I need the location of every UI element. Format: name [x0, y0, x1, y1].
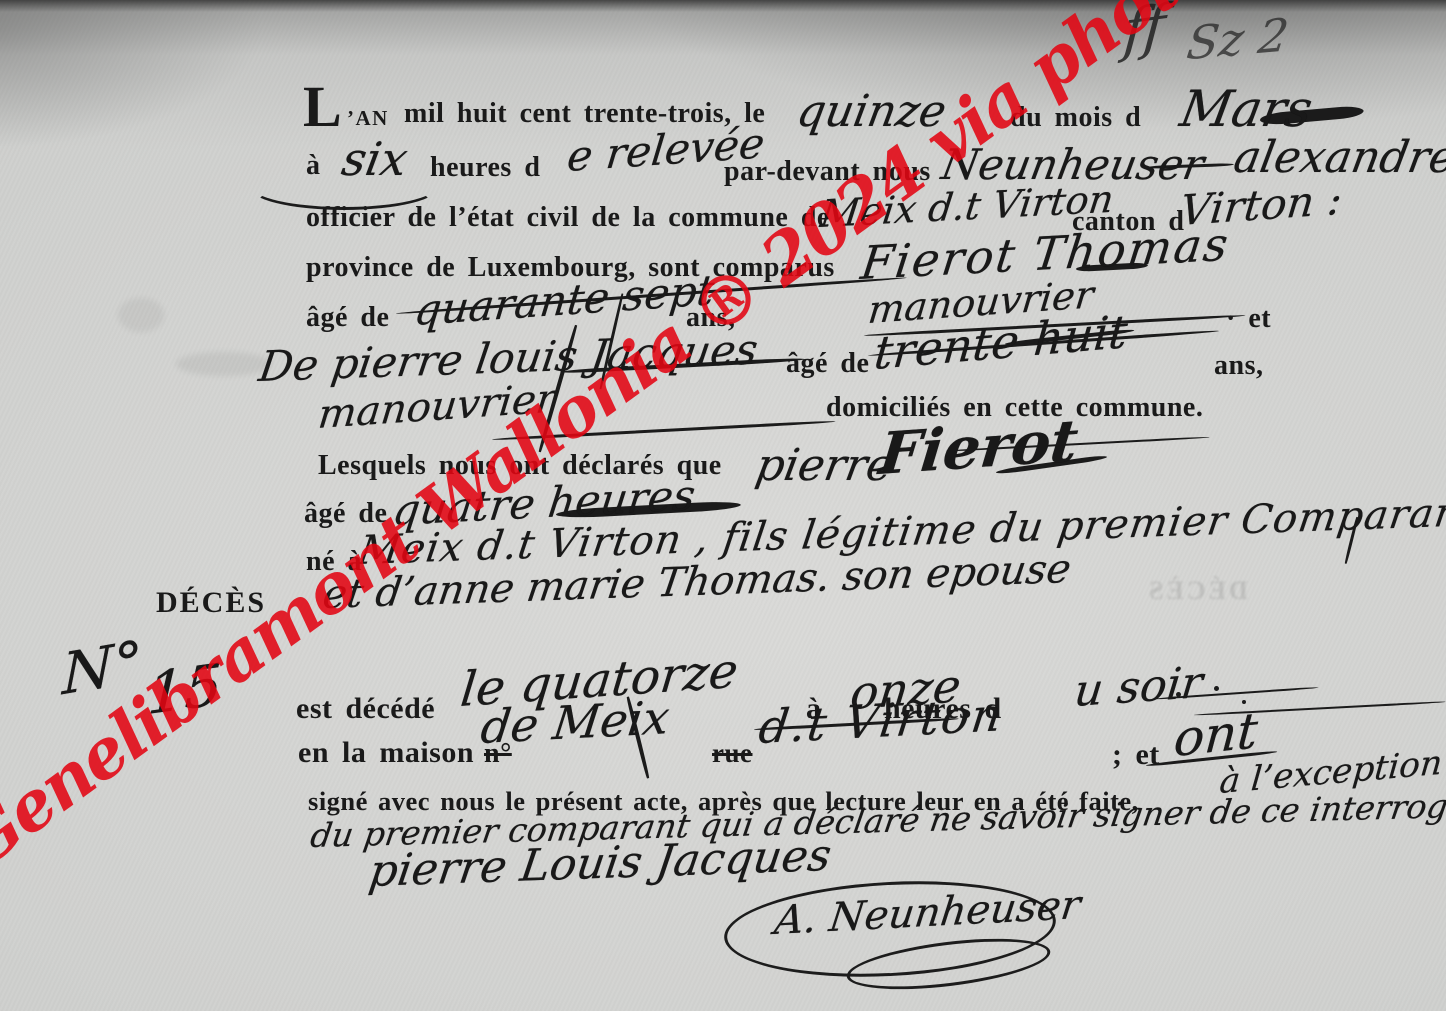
printed-dropcap-L: L [303, 84, 342, 130]
printed-age-de-2: âgé de [786, 348, 869, 380]
paper-smudge [118, 298, 164, 332]
printed-age-de: âgé de [306, 302, 389, 334]
printed-officier-commune: officier de l’état civil de la commune d… [306, 202, 830, 234]
printed-et-2: ; et [1112, 738, 1160, 772]
handwritten-street-place: d.t Virton [756, 687, 1007, 754]
handwritten-month: Mars [1176, 80, 1317, 138]
printed-ans-2: ans, [1214, 350, 1263, 382]
printed-est-decede: est décédé [296, 692, 435, 726]
printed-an-smallcaps: ’AN [347, 106, 389, 131]
handwritten-hour: six [338, 132, 412, 186]
ink-dot [1214, 686, 1219, 691]
printed-heures-d: heures d [430, 152, 540, 184]
death-record-scan: DÉCÈS ff Sz 2 L ’AN mil huit cent trente… [0, 0, 1446, 1011]
corner-scribble: Sz 2 [1184, 8, 1292, 70]
printed-et: · et [1226, 303, 1271, 335]
handwritten-house-place: de Meix [478, 690, 672, 754]
handwritten-deceased-surname: Fierot [876, 406, 1081, 488]
printed-en-la-maison: en la maison [298, 736, 474, 770]
handwritten-du-soir: u soir [1072, 657, 1205, 717]
handwritten-ont: ont [1172, 702, 1260, 768]
printed-rue-struck: rue [712, 738, 752, 769]
printed-a: à [306, 150, 321, 182]
bleed-through-text: DÉCÈS [1146, 576, 1248, 606]
